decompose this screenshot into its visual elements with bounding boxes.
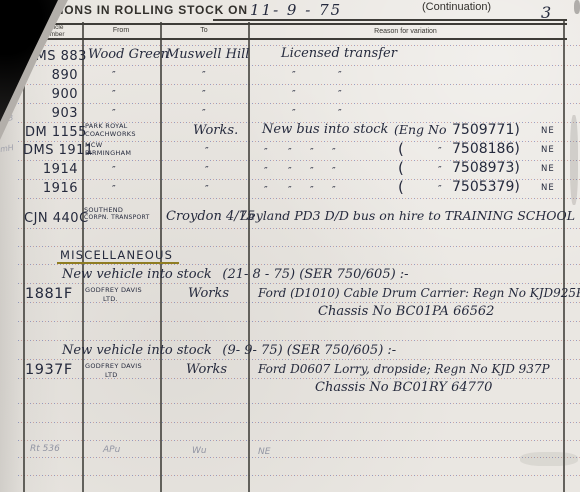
- from-entry-line1: GODFREY DAVIS: [85, 286, 142, 294]
- page-number: 3: [541, 3, 551, 22]
- vehicle-number: CJN 440C: [24, 211, 89, 226]
- from-entry-line2: COACHWORKS: [85, 130, 136, 138]
- paren-open: (: [398, 159, 404, 177]
- from-entry-line1: GODFREY DAVIS: [85, 362, 142, 370]
- ruled-line: [18, 422, 580, 423]
- paren-open: (: [398, 178, 404, 196]
- ditto-mark: ″: [202, 108, 206, 119]
- ditto-mark: ″: [288, 185, 292, 196]
- ruled-line: [18, 264, 580, 265]
- ditto-mark: ″: [438, 165, 442, 176]
- table-border-left: [23, 22, 25, 492]
- vehicle-number: 1914: [36, 162, 78, 177]
- ditto-mark: ″: [264, 166, 268, 177]
- scan-smudge: [574, 0, 580, 14]
- vehicle-number: 890: [36, 68, 78, 83]
- chassis-number: Chassis No BC01RY 64770: [315, 380, 492, 395]
- from-entry-line1: SOUTHEND: [84, 206, 123, 214]
- from-entry-line1: PARK ROYAL: [85, 122, 128, 130]
- table-top-border: [38, 23, 567, 25]
- from-entry: Wood Green: [88, 47, 169, 62]
- scan-smudge: [520, 452, 578, 466]
- ditto-mark: ″: [112, 184, 116, 195]
- margin-scribble: mH: [0, 143, 14, 154]
- from-entry-line1: MCW: [85, 141, 102, 149]
- from-entry-line2: CORPN. TRANSPORT: [84, 214, 150, 222]
- section-heading: MISCELLANEOUS: [60, 248, 173, 262]
- ditto-mark: ″: [288, 147, 292, 158]
- continuation-label: (Continuation): [422, 1, 491, 13]
- ditto-mark: ″: [332, 166, 336, 177]
- ditto-mark: ″: [338, 70, 342, 81]
- from-entry-line2: LTD.: [103, 295, 118, 303]
- ditto-mark: ″: [438, 184, 442, 195]
- engine-number: 7508186): [452, 141, 520, 157]
- reason-entry: New bus into stock: [262, 122, 388, 137]
- ruled-line: [18, 457, 580, 458]
- ditto-mark: ″: [202, 89, 206, 100]
- ne-mark: NE: [541, 183, 555, 193]
- vehicle-number: 903: [36, 106, 78, 121]
- header-underline: [213, 19, 567, 21]
- ruled-line: [18, 198, 580, 199]
- ditto-mark: ″: [205, 184, 209, 195]
- page-title: TIONS IN ROLLING STOCK ON: [52, 3, 248, 17]
- from-entry-line2: LTD: [105, 371, 118, 379]
- vehicle-number: DM 1155: [25, 125, 87, 140]
- engine-number: 7509771): [452, 122, 520, 138]
- ditto-mark: ″: [112, 165, 116, 176]
- ditto-mark: ″: [310, 185, 314, 196]
- ruled-line: [18, 440, 580, 441]
- reason-entry: Leyland PD3 D/D bus on hire to TRAINING …: [240, 208, 575, 223]
- reason-entry: Ford (D1010) Cable Drum Carrier: Regn No…: [258, 286, 580, 300]
- ne-mark: NE: [541, 126, 555, 136]
- scan-smudge: [570, 115, 578, 205]
- vehicle-number: DMS 1911: [23, 143, 94, 158]
- misc-note: New vehicle into stock (21- 8 - 75) (SER…: [62, 267, 409, 282]
- reason-entry: Licensed transfer: [281, 46, 397, 61]
- vehicle-number: 1881F: [25, 286, 73, 302]
- ruled-line: [18, 340, 580, 341]
- ditto-mark: ″: [338, 89, 342, 100]
- ditto-mark: ″: [205, 146, 209, 157]
- column-header-border: [23, 38, 567, 40]
- vehicle-number: 1916: [36, 181, 78, 196]
- column-header-from: From: [82, 27, 160, 34]
- vehicle-number: 1937F: [25, 362, 73, 378]
- ne-mark: NE: [541, 164, 555, 174]
- column-header-reason: Reason for variation: [248, 28, 563, 35]
- ruled-line: [18, 246, 580, 247]
- ditto-mark: ″: [264, 185, 268, 196]
- ditto-mark: ″: [112, 108, 116, 119]
- ruled-line: [18, 65, 580, 66]
- paren-open: (: [398, 140, 404, 158]
- chassis-number: Chassis No BC01PA 66562: [318, 304, 494, 319]
- ditto-mark: ″: [112, 70, 116, 81]
- ditto-mark: ″: [288, 166, 292, 177]
- ditto-mark: ″: [292, 89, 296, 100]
- reason-entry: Ford D0607 Lorry, dropside; Regn No KJD …: [258, 362, 550, 376]
- to-entry: Works.: [193, 123, 238, 138]
- heading-underline: [57, 262, 179, 264]
- ruled-line: [18, 84, 580, 85]
- table-border-right: [563, 19, 565, 492]
- column-header-to: To: [160, 27, 248, 34]
- ditto-mark: ″: [310, 166, 314, 177]
- from-entry-line2: BIRMINGHAM: [85, 149, 131, 157]
- to-entry: Works: [186, 362, 227, 377]
- date-handwritten: 11- 9 - 75: [250, 1, 342, 19]
- ditto-mark: ″: [202, 70, 206, 81]
- ditto-mark: ″: [264, 147, 268, 158]
- ruled-line: [18, 228, 580, 229]
- engine-number: 7508973): [452, 160, 520, 176]
- ruled-line: [18, 283, 580, 284]
- scanned-ledger-page: TIONS IN ROLLING STOCK ON 11- 9 - 75 (Co…: [0, 0, 580, 492]
- ruled-line: [18, 321, 580, 322]
- ditto-mark: ″: [310, 147, 314, 158]
- pencil-annotation: Wu: [192, 446, 207, 456]
- column-divider-3: [248, 22, 250, 492]
- ne-mark: NE: [541, 145, 555, 155]
- ruled-line: [18, 475, 580, 476]
- to-entry: Works: [188, 286, 229, 301]
- ditto-mark: ″: [112, 89, 116, 100]
- pencil-annotation: NE: [258, 447, 270, 457]
- ruled-line: [18, 359, 580, 360]
- pencil-annotation: APu: [103, 445, 120, 455]
- ditto-mark: ″: [292, 108, 296, 119]
- misc-note: New vehicle into stock (9- 9- 75) (SER 7…: [62, 343, 396, 358]
- ditto-mark: ″: [338, 108, 342, 119]
- engine-number-label: (Eng No: [394, 122, 447, 137]
- ditto-mark: ″: [205, 165, 209, 176]
- ditto-mark: ″: [292, 70, 296, 81]
- ruled-line: [18, 103, 580, 104]
- ditto-mark: ″: [438, 146, 442, 157]
- ditto-mark: ″: [332, 185, 336, 196]
- vehicle-number: 900: [36, 87, 78, 102]
- to-entry: Muswell Hill: [166, 47, 249, 62]
- pencil-annotation: Rt 536: [30, 444, 60, 454]
- ruled-line: [18, 378, 580, 379]
- ruled-line: [18, 403, 580, 404]
- ditto-mark: ″: [332, 147, 336, 158]
- engine-number: 7505379): [452, 179, 520, 195]
